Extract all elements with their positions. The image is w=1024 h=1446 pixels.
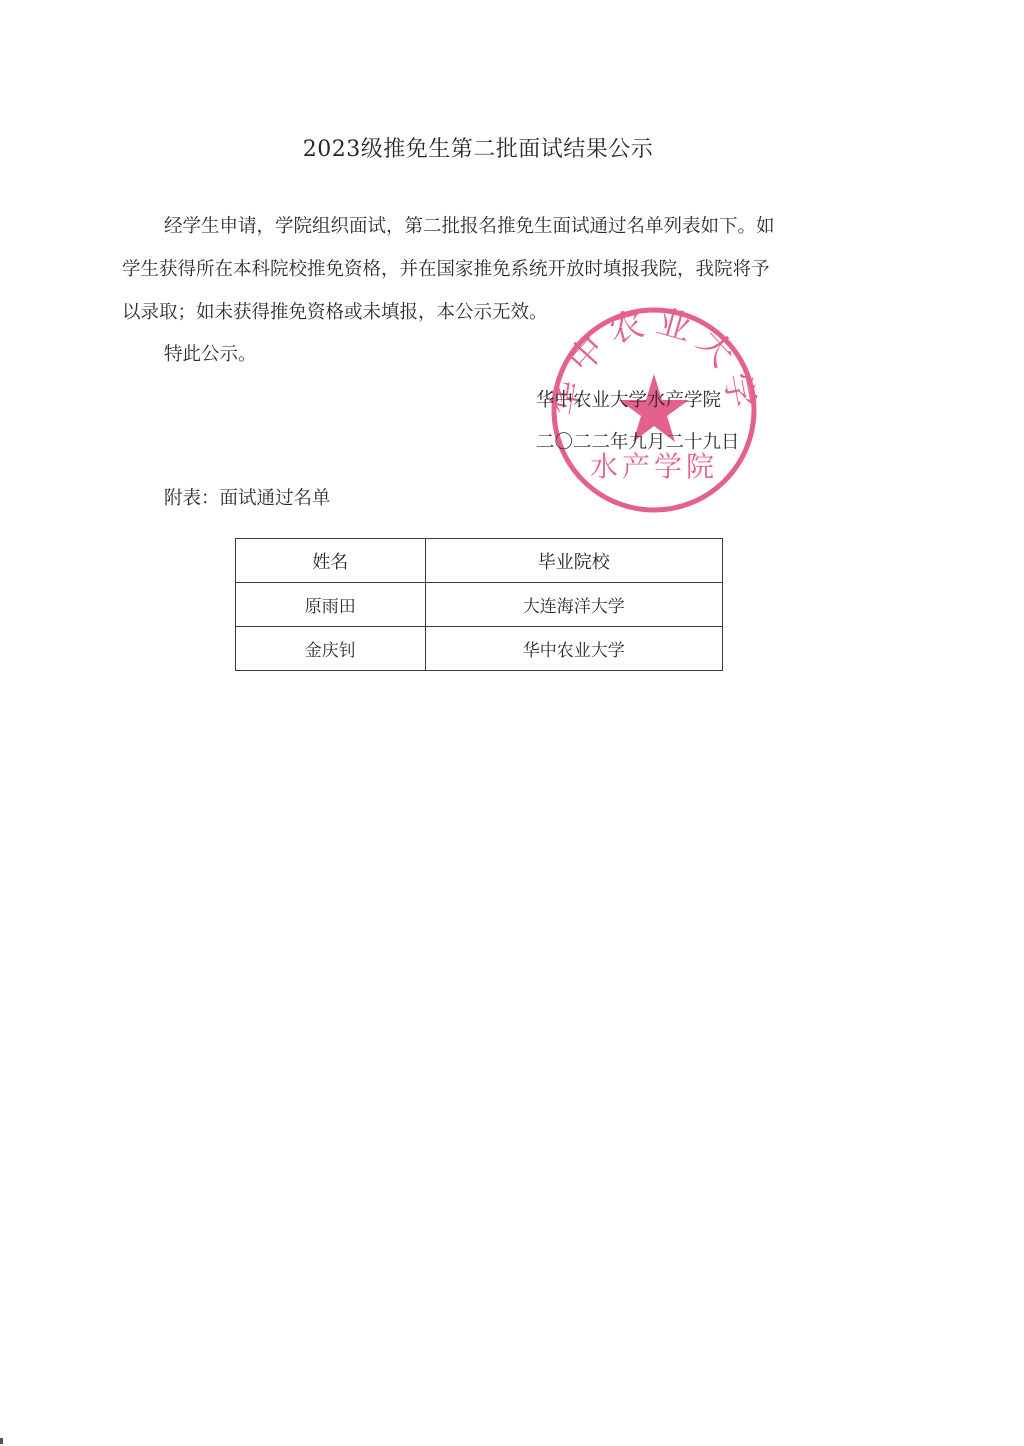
cell-name: 原雨田 <box>236 583 426 627</box>
header-school: 毕业院校 <box>425 539 722 583</box>
table-row: 金庆钊 华中农业大学 <box>236 627 723 671</box>
cell-name: 金庆钊 <box>236 627 426 671</box>
paragraph-line-2: 学生获得所在本科院校推免资格，并在国家推免系统开放时填报我院，我院将予 <box>122 248 842 291</box>
cell-school: 大连海洋大学 <box>425 583 722 627</box>
cell-school: 华中农业大学 <box>425 627 722 671</box>
svg-text:水产学院: 水产学院 <box>590 450 718 483</box>
header-name: 姓名 <box>236 539 426 583</box>
scan-mark <box>0 1438 3 1444</box>
document-title: 2023级推免生第二批面试结果公示 <box>0 132 956 163</box>
table-row: 原雨田 大连海洋大学 <box>236 583 723 627</box>
appendix-label: 附表：面试通过名单 <box>164 484 331 510</box>
paragraph-line-1: 经学生申请，学院组织面试，第二批报名推免生面试通过名单列表如下。如 <box>122 205 842 248</box>
signature-organization: 华中农业大学水产学院 <box>536 386 721 412</box>
results-table: 姓名 毕业院校 原雨田 大连海洋大学 金庆钊 华中农业大学 <box>235 538 723 671</box>
signature-date: 二〇二二年九月二十九日 <box>536 428 740 454</box>
table-header-row: 姓名 毕业院校 <box>236 539 723 583</box>
notice-text: 特此公示。 <box>164 340 257 366</box>
